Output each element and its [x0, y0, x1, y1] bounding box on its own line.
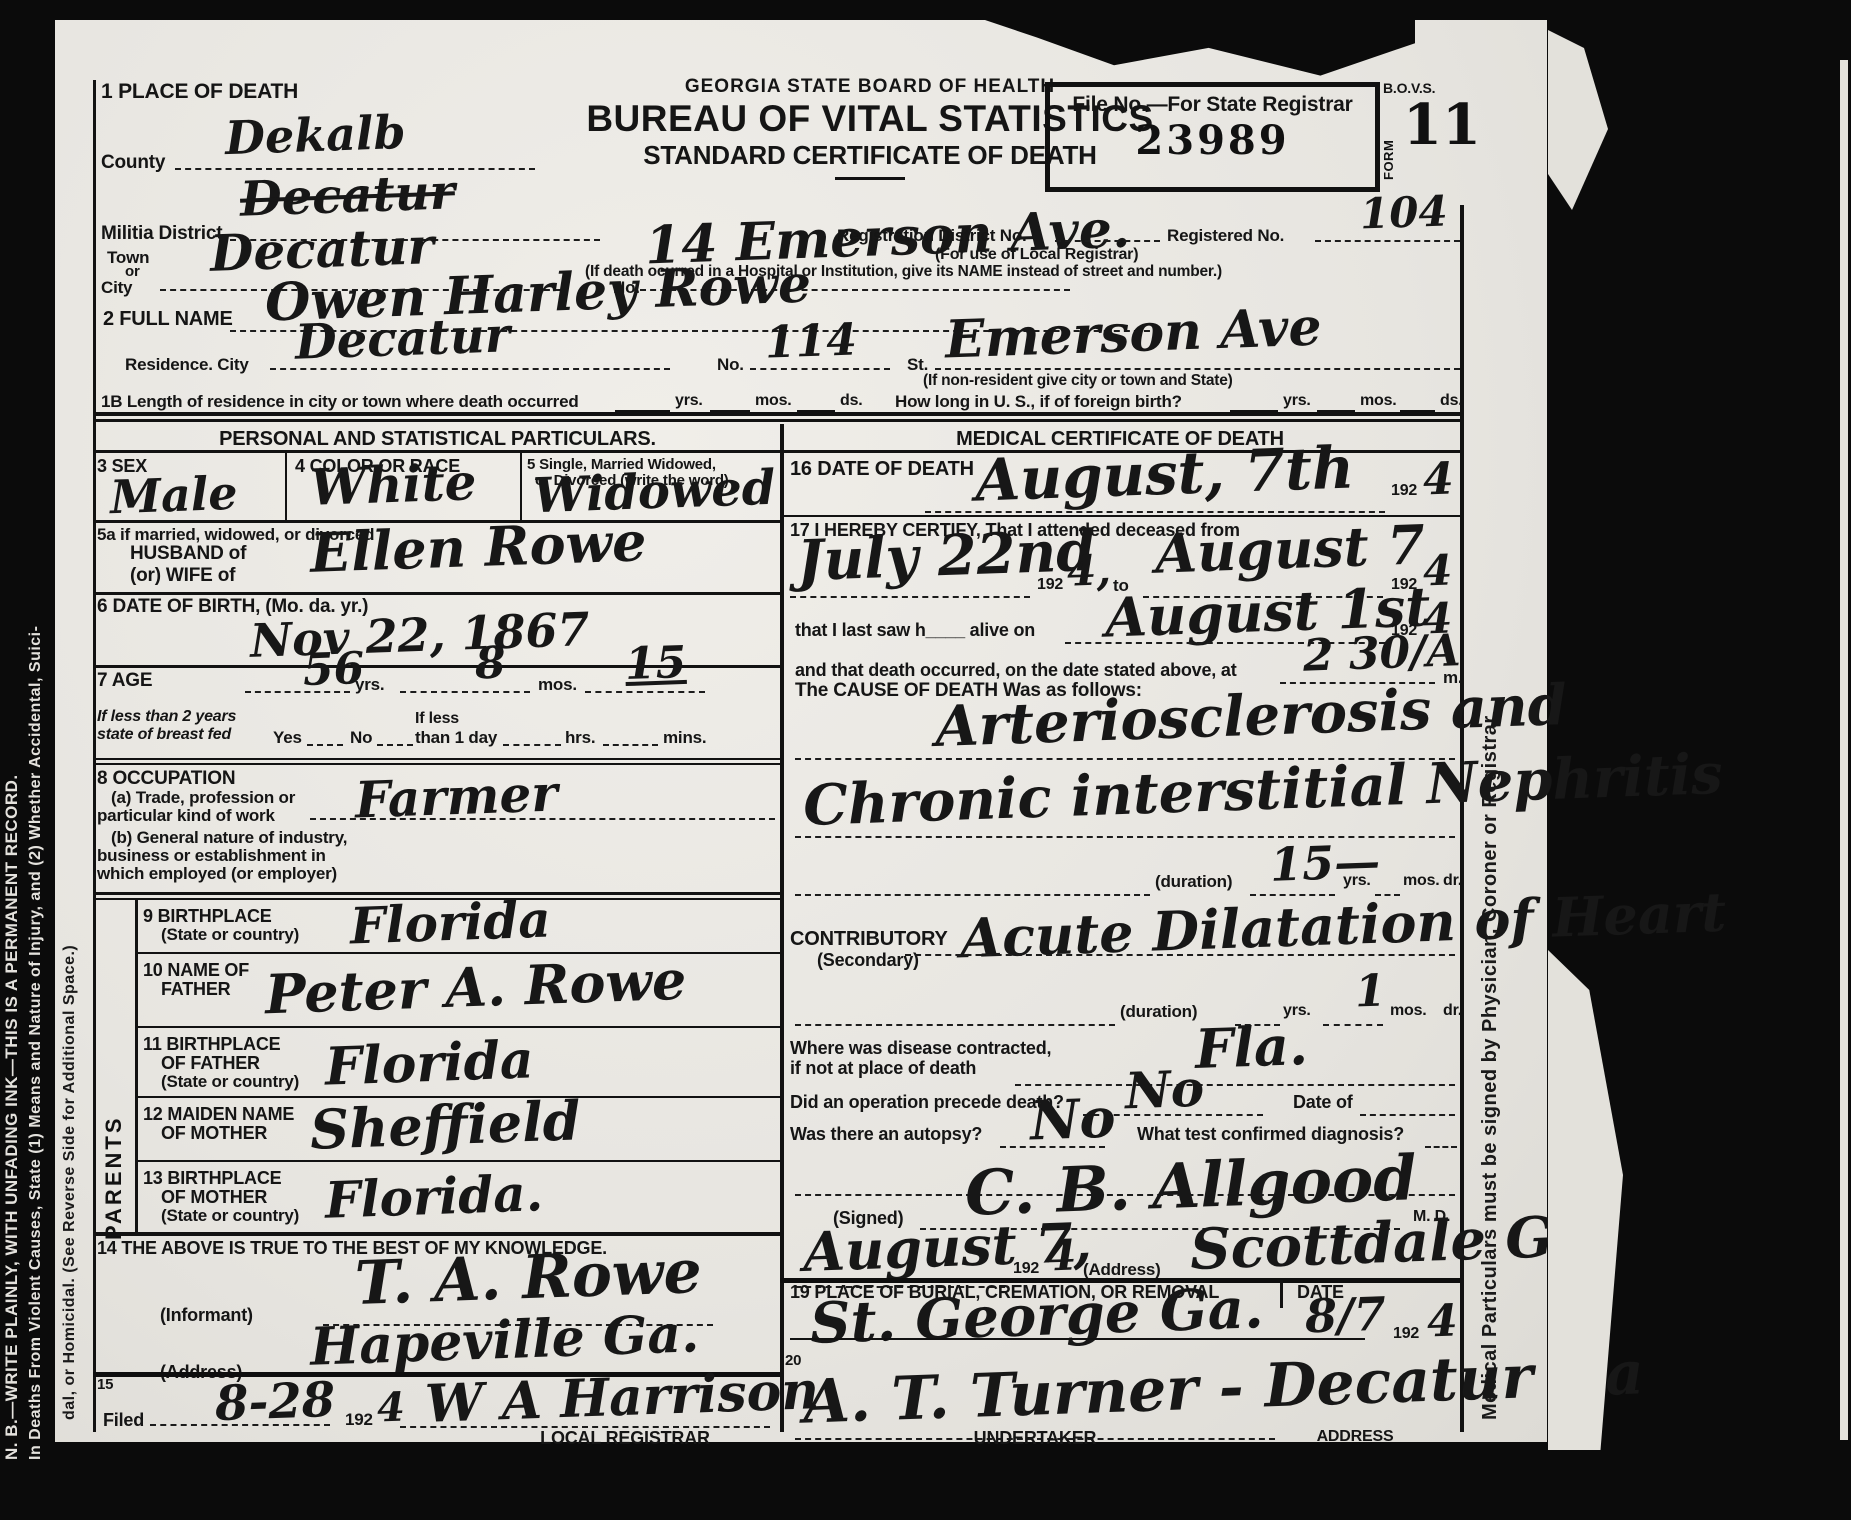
certificate-paper: dal, or Homicidal. (See Reverse Side for…: [55, 20, 1547, 1442]
age-mos-label: mos.: [538, 675, 577, 695]
age-note-2: state of breast fed: [97, 726, 231, 744]
undertaker-label: UNDERTAKER: [885, 1428, 1185, 1449]
duration2-leadline: [795, 998, 1115, 1026]
parents-divider: [135, 900, 138, 1232]
burial-year-digit: 4: [1426, 1299, 1458, 1344]
duration1-yrs: yrs.: [1343, 872, 1371, 890]
operation-date-line: [1360, 1088, 1455, 1116]
length-mos: mos.: [755, 392, 792, 410]
duration1-label: (duration): [1155, 872, 1232, 892]
burial-place-value: St. George Ga.: [809, 1280, 1264, 1352]
header-dash: [835, 177, 905, 180]
margin-note-violent-causes: In Deaths From Violent Causes, State (1)…: [27, 60, 45, 1460]
residence-label: Residence. City: [125, 355, 249, 375]
margin-note-write-plainly: N. B.—WRITE PLAINLY, WITH UNFADING INK—T…: [2, 60, 22, 1460]
form-word: FORM: [1381, 100, 1396, 180]
death-occurred-label: and that death occurred, on the date sta…: [795, 660, 1236, 681]
burial-place-line: [790, 1338, 1365, 1340]
father-bp-label-2: OF FATHER: [161, 1053, 260, 1074]
occupation-b1: (b) General nature of industry,: [111, 828, 347, 848]
residence-st-line: [935, 328, 1460, 370]
occupation-a1: (a) Trade, profession or: [111, 788, 295, 808]
duration1-dr: dr.: [1443, 872, 1462, 890]
signed-year-digit: 4: [1046, 1235, 1077, 1278]
cause-dotline-2: [795, 810, 1455, 838]
signed-year-print: 192: [1013, 1260, 1039, 1278]
age-no-label: No: [350, 728, 372, 748]
full-name-label: 2 FULL NAME: [103, 308, 233, 331]
mother-bp-value: Florida.: [324, 1168, 544, 1226]
father-label-2: FATHER: [161, 979, 230, 1000]
attended-from-line: [790, 570, 1030, 598]
mother-line: [135, 1160, 780, 1162]
mother-label-1: 12 MAIDEN NAME: [143, 1104, 294, 1125]
undertaker-address-label: ADDRESS: [1265, 1428, 1445, 1446]
autopsy-line: [1000, 1120, 1105, 1148]
age-note-1: If less than 2 years: [97, 708, 236, 726]
autopsy-test-line: [1425, 1120, 1457, 1148]
dod-year-digit: 4: [1422, 457, 1454, 502]
informant-label: (Informant): [160, 1305, 253, 1326]
informant-address-value: Hapeville Ga.: [309, 1308, 700, 1374]
row-age-bottom-b: [93, 763, 780, 765]
length-underline-2: [710, 384, 750, 412]
age-ds-line: [585, 665, 705, 693]
margin-note-reverse-side: dal, or Homicidal. (See Reverse Side for…: [61, 140, 79, 1420]
age-mins-line: [603, 722, 658, 746]
father-label-1: 10 NAME OF: [143, 960, 249, 981]
autopsy-label: Was there an autopsy?: [790, 1124, 982, 1145]
occupation-b3: which employed (or employer): [97, 864, 337, 884]
contributory-line: [905, 928, 1455, 956]
length-underline-3: [797, 384, 835, 412]
spouse-value: Ellen Rowe: [309, 514, 647, 580]
nonresident-note: (If non-resident give city or town and S…: [923, 372, 1233, 390]
length-underline-5: [1317, 384, 1355, 412]
age-hrs-label: hrs.: [565, 728, 595, 748]
operation-label: Did an operation precede death?: [790, 1092, 1064, 1113]
race-marital-divider: [520, 453, 522, 520]
howlong-yrs: yrs.: [1283, 392, 1311, 410]
duration2-label: (duration): [1120, 1002, 1197, 1022]
town-label-3: City: [101, 278, 132, 298]
contracted-line: [1015, 1058, 1455, 1086]
age-mos-line: [400, 665, 530, 693]
torn-fragment-top-right: [1548, 30, 1608, 210]
father-bp-sc: (State or country): [161, 1072, 299, 1092]
occupation-line: [310, 792, 775, 820]
reg-district-label: Registration District No.: [837, 226, 1027, 246]
double-rule-a: [93, 412, 1460, 416]
age-mins-label: mins.: [663, 728, 706, 748]
mother-bp-label-1: 13 BIRTHPLACE: [143, 1168, 281, 1189]
mother-bp-sc: (State or country): [161, 1206, 299, 1226]
file-no-box: File No.—For State Registrar 23989: [1045, 82, 1380, 192]
duration2-dr: dr.: [1443, 1002, 1462, 1020]
local-use-note: (For use of Local Registrar): [935, 246, 1138, 264]
birthplace-sc: (State or country): [161, 925, 299, 945]
burial-year-print: 192: [1393, 1325, 1419, 1343]
howlong-label: How long in U. S., if of foreign birth?: [895, 392, 1182, 412]
age-yes-label: Yes: [273, 728, 302, 748]
father-bp-label-1: 11 BIRTHPLACE: [143, 1034, 280, 1055]
double-rule-b: [93, 419, 1460, 422]
age-yrs-label: yrs.: [355, 675, 384, 695]
father-bp-value: Florida: [324, 1034, 534, 1093]
registered-no-line: [1315, 202, 1460, 242]
age-hrs-line: [503, 722, 561, 746]
length-underline-1: [615, 384, 670, 412]
birthplace-label: 9 BIRTHPLACE: [143, 906, 272, 927]
spouse-label-2: HUSBAND of: [130, 543, 246, 565]
undertaker-no: 20: [785, 1352, 801, 1369]
age-note-4: than 1 day: [415, 728, 497, 748]
militia-label: Militia District: [101, 223, 222, 245]
filed-no: 15: [97, 1376, 113, 1393]
length-residence-label: 1B Length of residence in city or town w…: [101, 392, 579, 412]
form-left-border: [93, 80, 96, 1432]
sex-race-divider: [285, 453, 287, 520]
mother-label-2: OF MOTHER: [161, 1123, 267, 1144]
howlong-ds: ds.: [1440, 392, 1463, 410]
county-line: [175, 124, 535, 170]
row-spouse-bottom: [93, 592, 780, 595]
length-underline-4: [1230, 384, 1278, 412]
duration2-mos: mos.: [1390, 1002, 1427, 1020]
torn-edge-top: [985, 20, 1415, 78]
burial-date-divider: [1280, 1280, 1283, 1308]
contracted-label-1: Where was disease contracted,: [790, 1038, 1051, 1059]
sex-value: Male: [109, 470, 238, 520]
dod-label: 16 DATE OF DEATH: [790, 458, 974, 481]
duration1-line: [1250, 868, 1335, 896]
reg-district-line: [1055, 202, 1160, 242]
age-label: 7 AGE: [97, 670, 152, 692]
contributory-secondary-label: (Secondary): [817, 950, 919, 971]
mother-maiden-value: Sheffield: [309, 1093, 581, 1156]
duration2-line2: [1323, 998, 1383, 1026]
race-value: White: [309, 457, 477, 513]
scanned-death-certificate: N. B.—WRITE PLAINLY, WITH UNFADING INK—T…: [0, 0, 1851, 1520]
dod-year-print: 192: [1391, 482, 1417, 500]
autopsy-test-label: What test confirmed diagnosis?: [1137, 1124, 1404, 1145]
age-yes-line: [307, 722, 343, 746]
file-no-label: File No.—For State Registrar: [1050, 93, 1375, 117]
operation-date-of: Date of: [1293, 1092, 1353, 1113]
age-no-line: [377, 722, 413, 746]
birthplace-value: Florida: [349, 895, 551, 952]
duration1-leadline: [795, 868, 1150, 896]
residence-city-line: [270, 328, 670, 370]
local-registrar-label: LOCAL REGISTRAR: [475, 1428, 775, 1449]
father-value: Peter A. Rowe: [264, 953, 687, 1022]
file-no-value: 23989: [1050, 117, 1375, 164]
length-underline-6: [1400, 384, 1435, 412]
occupation-label: 8 OCCUPATION: [97, 768, 235, 790]
age-yrs-line: [245, 665, 350, 693]
filed-label: Filed: [103, 1410, 144, 1431]
duration1-mos: mos.: [1403, 872, 1440, 890]
place-of-death-title: 1 PLACE OF DEATH: [101, 80, 298, 104]
occupation-a2: particular kind of work: [97, 806, 275, 826]
registered-no-label: Registered No.: [1167, 226, 1284, 246]
burial-date-value: 8/7: [1304, 1291, 1386, 1340]
mother-bp-label-2: OF MOTHER: [161, 1187, 267, 1208]
last-saw-label: that I last saw h____ alive on: [795, 620, 1035, 641]
dod-line: [925, 485, 1385, 513]
registrar-line: [400, 1400, 770, 1428]
length-ds: ds.: [840, 392, 863, 410]
personal-section-title: PERSONAL AND STATISTICAL PARTICULARS.: [95, 428, 780, 451]
filed-year-print: 192: [345, 1410, 373, 1430]
torn-sliver-far-right: [1840, 60, 1848, 1440]
parents-bottom: [93, 1232, 780, 1236]
occupation-b2: business or establishment in: [97, 846, 326, 866]
signed-address-label: (Address): [1083, 1260, 1161, 1280]
signed-address-value: Scottdale Ga: [1189, 1208, 1590, 1278]
county-label: County: [101, 152, 165, 174]
contracted-label-2: if not at place of death: [790, 1058, 976, 1079]
residence-no-label: No.: [717, 355, 744, 375]
father-line: [135, 1026, 780, 1028]
length-yrs: yrs.: [675, 392, 703, 410]
row-age-bottom-a: [93, 758, 780, 760]
dob-value: Nov 22, 1867: [249, 606, 590, 664]
age-note-3: If less: [415, 710, 459, 728]
form-number: 11: [1403, 92, 1481, 158]
howlong-mos: mos.: [1360, 392, 1397, 410]
parents-label: PARENTS: [101, 960, 127, 1240]
residence-no-line: [750, 328, 890, 370]
spouse-label-3: (or) WIFE of: [130, 565, 235, 587]
filed-line: [150, 1398, 330, 1426]
from-year-print: 192: [1037, 576, 1063, 594]
